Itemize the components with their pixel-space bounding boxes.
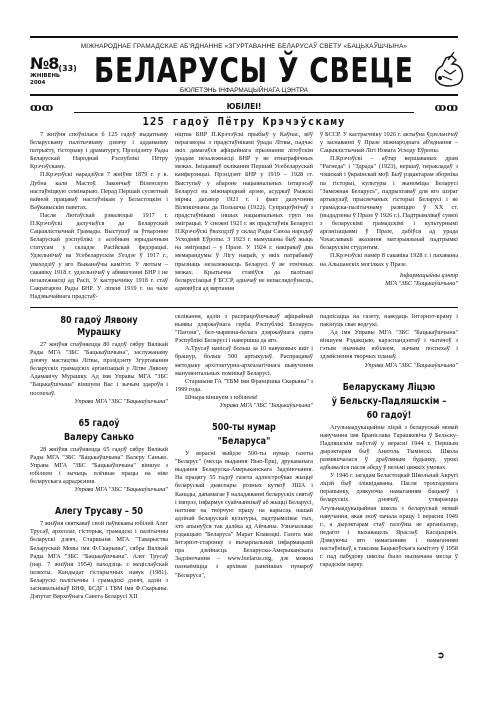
paragraph: Пасля Лютаўскай рэвалюцыі 1917 г. П.Крэч… [30, 212, 168, 301]
paragraph: 7 жніўня святкаваў свой паўвекавы юбілей… [30, 520, 168, 601]
paragraph: 7 жніўня споўнілася б 125 гадоў выдатнам… [30, 131, 168, 171]
section-banner: ꝏꝏ ЮБІЛЕІ! ꝏꝏ [30, 100, 458, 114]
issue-number: №8 [30, 54, 58, 73]
issue-info: №8(33) ЖНІВЕНЬ 2004 [30, 54, 77, 87]
signature: Управа МГА "ЗБС "Бацькаўшчына" [320, 362, 458, 370]
main-article-body: 7 жніўня споўнілася б 125 гадоў выдатнам… [30, 131, 458, 301]
sanko-title: 65 гадоў [40, 418, 157, 430]
section-label: ЮБІЛЕІ! [74, 102, 414, 113]
lower-col-2: склікання, адзін з распрацоўшчыкаў афіцы… [175, 313, 313, 601]
ornament-left-icon: ꝏꝏ [30, 101, 60, 114]
newsletter-page: МІЖНАРОДНАЕ ГРАМАДСКАЕ АБ'ЯДНАННЕ «ЗГУРТ… [30, 36, 458, 601]
lower-col-3: падпісацца на газету, наведаць Інтэрнэт-… [320, 313, 458, 601]
lyceum-title: 60 гадоў! [330, 410, 447, 422]
issue-total: (33) [58, 64, 76, 73]
issue-year: 2004 [30, 80, 77, 87]
main-article-col-1: 7 жніўня споўнілася б 125 гадоў выдатнам… [30, 131, 168, 301]
paragraph: Агульнаадукацыйны ліцэй з беларускай мов… [320, 424, 458, 473]
paragraph: склікання, адзін з распрацоўшчыкаў афіцы… [175, 313, 313, 345]
divider [30, 307, 458, 308]
signature: Інфармацыйны цэнтр [320, 272, 458, 280]
paragraph: П.Крэчэўскі нарадзіўся 7 жніўня 1879 г. … [30, 171, 168, 211]
masthead: №8(33) ЖНІВЕНЬ 2004 БЕЛАРУСЫ Ў СВЕЦЕ БЮЛ… [30, 50, 458, 94]
paragraph: ніцтва БНР П.Крэчэўскі прыбыў у Каўнас, … [175, 131, 313, 293]
paragraph: Шчыра віншуем з юбілеем! [175, 394, 313, 402]
paragraph: 28 жніўня спаўняецца 65 гадоў сябру Вялі… [30, 446, 168, 486]
organization-line: МІЖНАРОДНАЕ ГРАМАДСКАЕ АБ'ЯДНАННЕ «ЗГУРТ… [30, 43, 458, 50]
newsletter-subtitle: БЮЛЕТЭНЬ ІНФАРМАЦЫЙНАГА ЦЭНТРА [30, 87, 458, 94]
lower-col-1: 80 гадоў Лявону Мурашку 27 жніўня спаўня… [30, 313, 168, 601]
ornament-right-icon: ꝏꝏ [428, 101, 458, 114]
issue-month: ЖНІВЕНЬ [30, 73, 77, 80]
paragraph: П.Крэчэўскі памёр 8 сакавіка 1928 г. і п… [320, 252, 458, 268]
belarus500-title: "Беларуса" [185, 436, 302, 448]
trusau-title: Алегу Трусаву – 50 [40, 506, 157, 518]
lyceum-title: Беларускаму Ліцэю [330, 382, 447, 394]
murashka-title: 80 гадоў Лявону Мурашку [40, 315, 157, 339]
main-article-title: 125 гадоў Пётру Крэчэўскаму [30, 116, 458, 128]
lower-section: 80 гадоў Лявону Мурашку 27 жніўня спаўня… [30, 313, 458, 601]
masthead-bottom-rule [30, 94, 458, 96]
paragraph: А.Трусаў напісаў больш за 10 навуковых к… [175, 345, 313, 377]
signature: Управа МГА "ЗБС "Бацькаўшчына" [30, 486, 168, 494]
paragraph: Старшыня ГА "ТБМ імя Францішка Скарыны" … [175, 378, 313, 394]
signature: Управа МГА "ЗБС "Бацькаўшчына" [175, 402, 313, 410]
paragraph: У верасні выйдзе 500-ты нумар газеты "Бе… [175, 450, 313, 580]
paragraph: У 1946 г. загадам Беластоцкай Школьнай А… [320, 472, 458, 569]
signature: Управа МГА "ЗБС "Бацькаўшчына" [30, 398, 168, 406]
sanko-title: Валеру Санько [40, 432, 157, 444]
lyceum-title: ў Бельску-Падляшскім – [330, 396, 447, 408]
main-article-col-2: ніцтва БНР П.Крэчэўскі прыбыў у Каўнас, … [175, 131, 313, 301]
top-rule [30, 36, 458, 38]
newsletter-title: БЕЛАРУСЫ Ў СВЕЦЕ [94, 51, 414, 91]
paragraph: Ад імя Управы МГА "ЗБС "Бацькаўшчына" ві… [320, 329, 458, 361]
knight-pahonia-icon [428, 50, 468, 90]
paragraph: ў БССР. У кастрычніку 1926 г. актыўна ўд… [320, 131, 458, 155]
main-article-col-3: ў БССР. У кастрычніку 1926 г. актыўна ўд… [320, 131, 458, 301]
belarus500-title: 500-ты нумар [185, 422, 302, 434]
signature: МГА "ЗБС "Бацькаўшчына" [320, 280, 458, 288]
continue-arrow-icon: ➲ [437, 650, 445, 661]
paragraph: П.Крэчэўскі – аўтар вершаваных драм "Раг… [320, 155, 458, 252]
paragraph: 27 жніўня спаўняецца 80 гадоў сябру Вялі… [30, 341, 168, 398]
paragraph: падпісацца на газету, наведаць Інтэрнэт-… [320, 313, 458, 329]
